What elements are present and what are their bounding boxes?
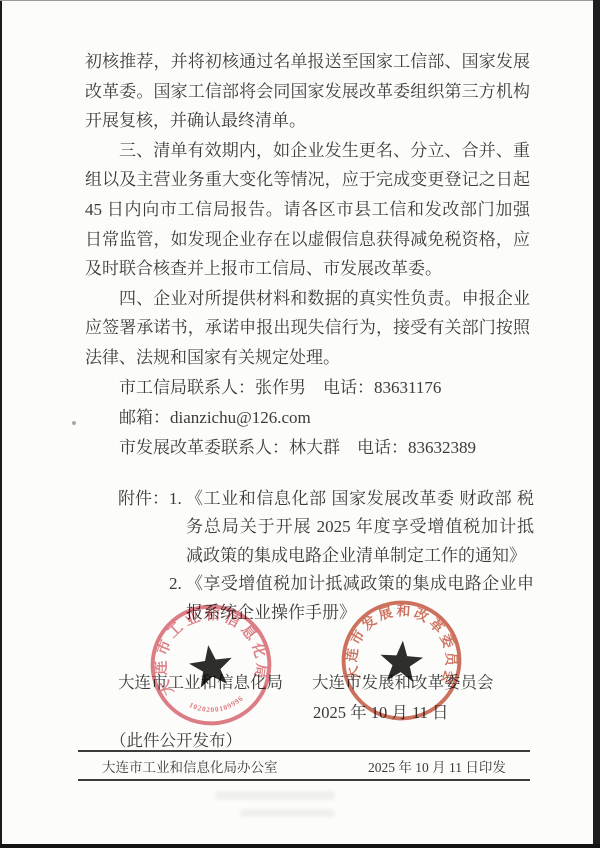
- page-edge-bottom: [0, 844, 600, 848]
- contact-line-email: 邮箱：dianzichu@126.com: [85, 403, 530, 433]
- attachment-item: 1. 《工业和信息化部 国家发展改革委 财政部 税务总局关于开展 2025 年度…: [169, 485, 534, 571]
- body-paragraph: 初核推荐，并将初核通过名单报送至国家工信部、国家发展改革委。国家工信部将会同国家…: [85, 47, 530, 136]
- scan-bleedthrough: [215, 791, 335, 800]
- body-paragraph: 四、企业对所提供材料和数据的真实性负责。申报企业应签署承诺书，承诺申报出现失信行…: [85, 284, 530, 373]
- attachment-number: 1.: [169, 485, 186, 571]
- official-seal-fagaiwei: 大连市发展和改革委员会: [337, 596, 466, 725]
- star-icon: [379, 639, 424, 683]
- document-body: 初核推荐，并将初核通过名单报送至国家工信部、国家发展改革委。国家工信部将会同国家…: [85, 47, 530, 627]
- page-edge-right: [593, 0, 600, 848]
- contact-line-fagaiwei: 市发展改革委联系人：林大群 电话：83632389: [85, 433, 530, 463]
- seal-graphic: 大连市工业和信息化局 210202001099960: [142, 596, 280, 734]
- footer-divider-top: [78, 750, 530, 752]
- official-seal-gongxinju: 大连市工业和信息化局 210202001099960: [142, 596, 280, 734]
- body-paragraph: 三、清单有效期内，如企业发生更名、分立、合并、重组以及主营业务重大变化等情况，应…: [85, 136, 530, 284]
- page-edge-left: [0, 0, 2, 848]
- footer-issuer: 大连市工业和信息化局办公室: [102, 756, 278, 776]
- contact-line-gongxinju: 市工信局联系人：张作男 电话：83631176: [85, 373, 530, 403]
- document-page: 初核推荐，并将初核通过名单报送至国家工信部、国家发展改革委。国家工信部将会同国家…: [0, 0, 600, 848]
- footer-divider-bottom: [78, 779, 530, 781]
- seal-graphic: 大连市发展和改革委员会: [337, 596, 466, 725]
- scan-bleedthrough: [240, 809, 335, 817]
- attachments-label: 附件：: [118, 485, 169, 628]
- footer-print-date: 2025 年 10 月 11 日印发: [368, 756, 506, 776]
- attachments-block: 附件： 1. 《工业和信息化部 国家发展改革委 财政部 税务总局关于开展 202…: [118, 485, 530, 628]
- scan-artifact-dot: [72, 421, 76, 425]
- star-icon: [187, 642, 235, 689]
- page-edge-top: [0, 0, 600, 1]
- attachment-title: 《工业和信息化部 国家发展改革委 财政部 税务总局关于开展 2025 年度享受增…: [186, 485, 534, 571]
- contact-block: 市工信局联系人：张作男 电话：83631176 邮箱：dianzichu@126…: [85, 373, 530, 463]
